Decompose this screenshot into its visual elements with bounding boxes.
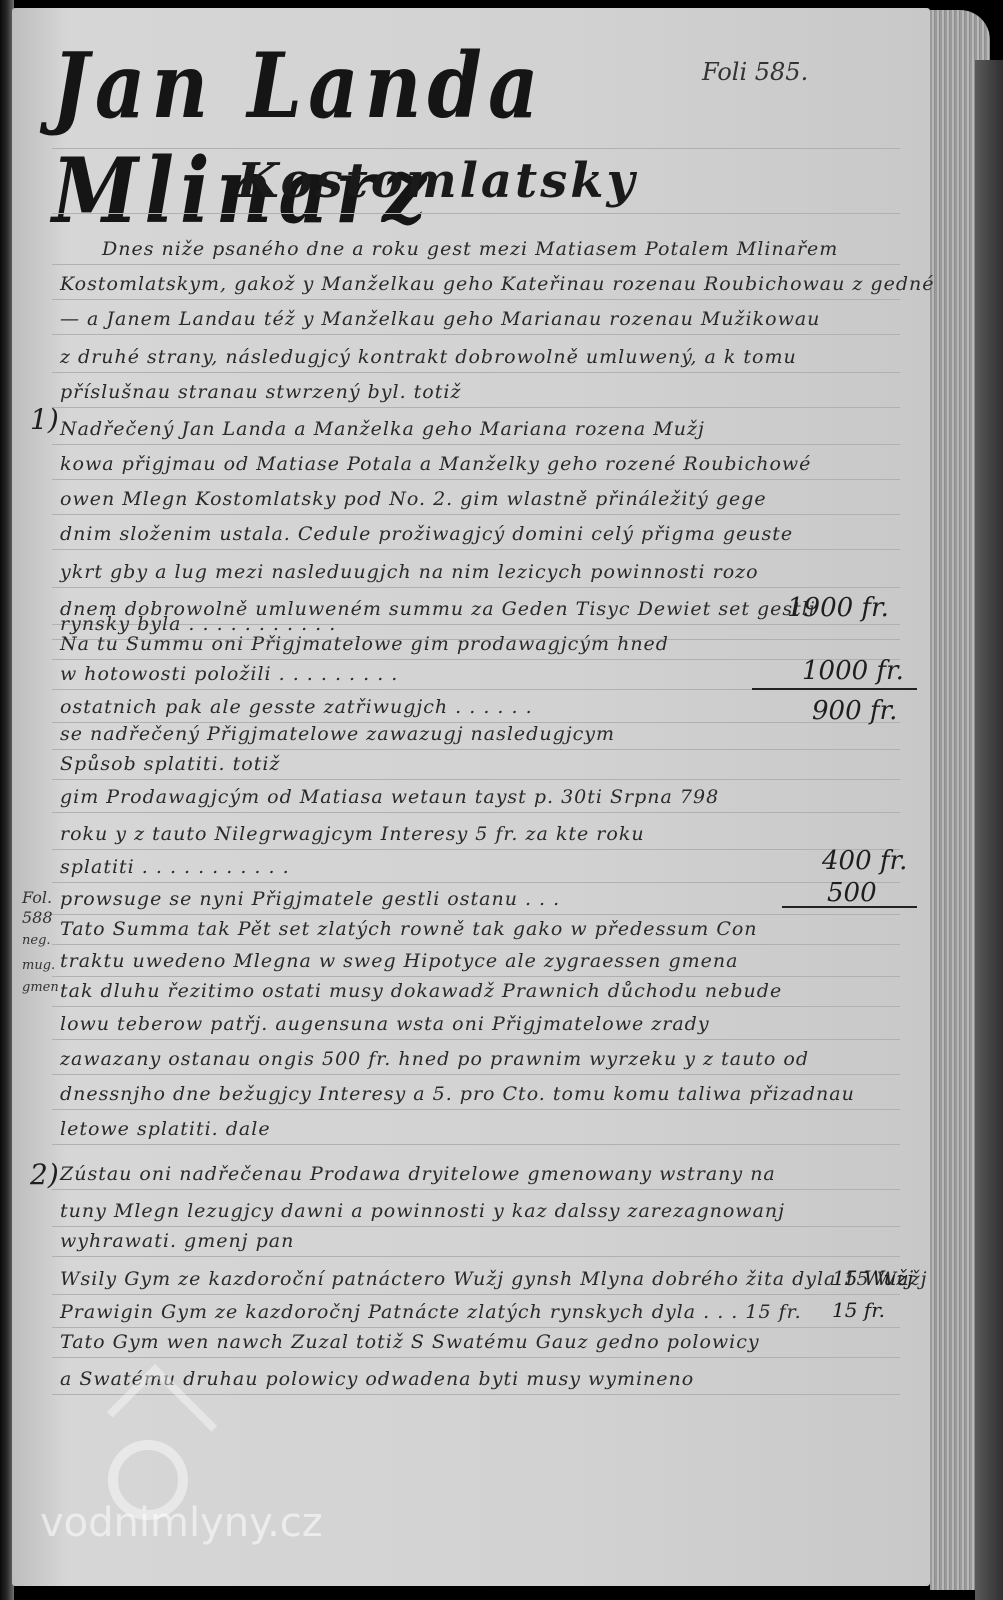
manuscript-line: — a Janem Landau též y Manželkau geho Ma… [60, 308, 820, 330]
amount-installment: 400 fr. [822, 846, 907, 876]
margin-note: 588 [22, 908, 53, 927]
manuscript-line: Tato Gym wen nawch Zuzal totiž S Swatému… [60, 1331, 760, 1353]
manuscript-line: zawazany ostanau ongis 500 fr. hned po p… [60, 1048, 809, 1070]
ruled-line [52, 372, 900, 373]
watermark-text: vodnimlyny.cz [40, 1500, 323, 1546]
ruled-line [52, 1144, 900, 1145]
manuscript-line: Tato Summa tak Pět set zlatých rowně tak… [60, 918, 758, 940]
page-subtitle: Kostomlatsky [237, 153, 637, 209]
manuscript-line: se nadřečený Přigjmatelowe zawazugj nasl… [60, 723, 615, 745]
manuscript-line: lowu teberow patřj. augensuna wsta oni P… [60, 1013, 710, 1035]
manuscript-line: Nadřečený Jan Landa a Manželka geho Mari… [60, 418, 705, 440]
ruled-line [52, 148, 900, 149]
ruled-line [52, 749, 900, 750]
ruled-line [52, 549, 900, 550]
manuscript-line: roku y z tauto Nilegrwagjcym Interesy 5 … [60, 823, 645, 845]
ruled-line [52, 882, 900, 883]
ruled-line [52, 779, 900, 780]
margin-note: Fol. [22, 888, 52, 907]
manuscript-line: splatiti . . . . . . . . . . . [60, 856, 290, 878]
folio-number: Foli 585. [702, 58, 808, 86]
manuscript-line: ykrt gby a lug mezi nasleduugjch na nim … [60, 561, 759, 583]
ruled-line [52, 1294, 900, 1295]
ruled-line [52, 1327, 900, 1328]
manuscript-line: dnessnjho dne bežugjcy Interesy a 5. pro… [60, 1083, 855, 1105]
ruled-line [52, 1006, 900, 1007]
amount-remaining: 900 fr. [812, 696, 897, 726]
amount-money: 15 fr. [832, 1298, 885, 1322]
ruled-line [52, 407, 900, 408]
ruled-line [52, 976, 900, 977]
ruled-line [52, 1256, 900, 1257]
manuscript-line: příslušnau stranau stwrzený byl. totiž [60, 381, 461, 403]
manuscript-line: dnim složenim ustala. Cedule prožiwagjcý… [60, 523, 793, 545]
manuscript-page: Jan Landa Mlinarz Foli 585. Kostomlatsky… [12, 8, 930, 1586]
amount-grain: 15 Wužj [832, 1266, 913, 1290]
sum-underline [782, 906, 917, 908]
ruled-line [52, 1226, 900, 1227]
manuscript-line: kowa přigjmau od Matiase Potala a Manžel… [60, 453, 811, 475]
section-number: 2) [30, 1158, 59, 1191]
manuscript-line: prowsuge se nyni Přigjmatele gestli osta… [60, 888, 560, 910]
ruled-line [52, 514, 900, 515]
manuscript-line: tuny Mlegn lezugjcy dawni a powinnosti y… [60, 1200, 785, 1222]
margin-note: neg. [22, 933, 51, 948]
manuscript-line: rynsky byla . . . . . . . . . . . [60, 613, 336, 635]
manuscript-line: Wsily Gym ze kazdoroční patnáctero Wužj … [60, 1268, 928, 1290]
manuscript-line: Spůsob splatiti. totiž [60, 753, 280, 775]
sum-underline [752, 688, 917, 690]
ruled-line [52, 587, 900, 588]
section-number: 1) [30, 403, 59, 436]
manuscript-line: tak dluhu řezitimo ostati musy dokawadž … [60, 980, 782, 1002]
manuscript-line: z druhé strany, následugjcý kontrakt dob… [60, 346, 797, 368]
ruled-line [52, 1109, 900, 1110]
manuscript-line: letowe splatiti. dale [60, 1118, 271, 1140]
manuscript-line: traktu uwedeno Mlegna w sweg Hipotyce al… [60, 950, 738, 972]
manuscript-line: Dnes niže psaného dne a roku gest mezi M… [102, 238, 838, 260]
ruled-line [52, 479, 900, 480]
ruled-line [52, 1039, 900, 1040]
ruled-line [52, 849, 900, 850]
manuscript-line: Zústau oni nadřečenau Prodawa dryitelowe… [60, 1163, 776, 1185]
ruled-line [52, 944, 900, 945]
manuscript-line: w hotowosti položili . . . . . . . . . [60, 663, 398, 685]
ruled-line [52, 264, 900, 265]
ruled-line [52, 213, 900, 214]
ruled-line [52, 1357, 900, 1358]
amount-total: 1900 fr. [787, 593, 889, 623]
manuscript-line: owen Mlegn Kostomlatsky pod No. 2. gim w… [60, 488, 767, 510]
ruled-line [52, 1189, 900, 1190]
manuscript-line: wyhrawati. gmenj pan [60, 1230, 294, 1252]
margin-note: gmen [22, 980, 59, 995]
ruled-line [52, 299, 900, 300]
manuscript-line: ostatnich pak ale gesste zatřiwugjch . .… [60, 696, 533, 718]
ruled-line [52, 444, 900, 445]
manuscript-line: Kostomlatskym, gakož y Manželkau geho Ka… [60, 273, 934, 295]
manuscript-line: gim Prodawagjcým od Matiasa wetaun tayst… [60, 786, 719, 808]
amount-remaining-after: 500 [827, 878, 877, 908]
manuscript-line: Na tu Summu oni Přigjmatelowe gim prodaw… [60, 633, 669, 655]
manuscript-line: Prawigin Gym ze kazdoročnj Patnácte zlat… [60, 1301, 802, 1323]
ruled-line [52, 914, 900, 915]
ruled-line [52, 659, 900, 660]
margin-note: mug. [22, 958, 55, 973]
book-cover-edge [975, 60, 1003, 1600]
ruled-line [52, 812, 900, 813]
amount-paid: 1000 fr. [802, 656, 904, 686]
ruled-line [52, 334, 900, 335]
ruled-line [52, 1074, 900, 1075]
